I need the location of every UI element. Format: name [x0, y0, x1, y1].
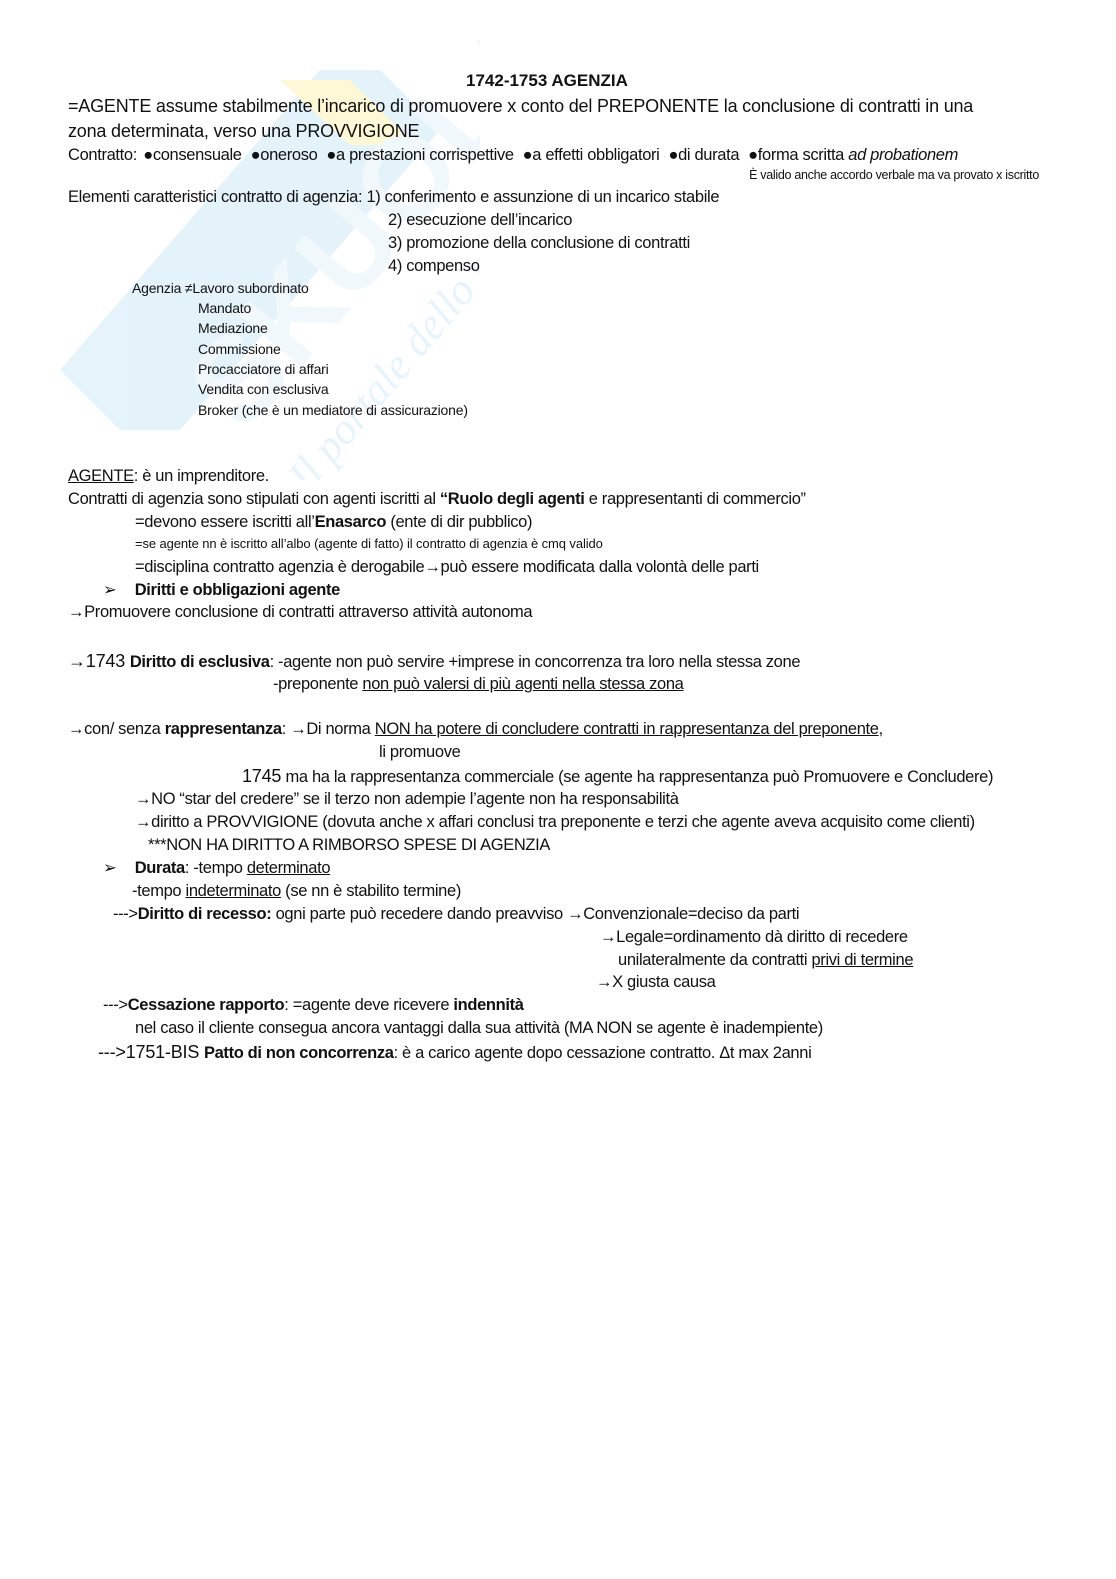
- enasarco-post: (ente di dir pubblico): [386, 513, 532, 531]
- rappresentanza-end: ,: [879, 720, 883, 738]
- cessazione-bold: Cessazione rapporto: [128, 996, 285, 1014]
- diritti-heading-text: Diritti e obbligazioni agente: [135, 581, 340, 599]
- contratto-feature: ●forma scritta: [748, 146, 848, 164]
- enasarco-bold: Enasarco: [315, 513, 387, 531]
- arrow-bullet-icon: ➢: [103, 581, 116, 599]
- recesso-prefix: --->: [113, 905, 138, 923]
- durata-line2-pre: -tempo: [132, 882, 186, 900]
- cessazione-prefix: --->: [103, 996, 128, 1014]
- elementi-item-3: 3) promozione della conclusione di contr…: [388, 234, 690, 253]
- recesso-text: ogni parte può recedere dando preavviso …: [271, 905, 799, 923]
- recesso-giusta-causa: →X giusta causa: [596, 973, 715, 992]
- cessazione-indennita: indennità: [453, 996, 523, 1014]
- article-1745: 1745: [242, 766, 281, 786]
- page-title: 1742-1753 AGENZIA: [466, 71, 628, 91]
- differenze-label: Agenzia ≠Lavoro subordinato: [132, 280, 309, 296]
- patto-prefix: --->1751-BIS: [98, 1042, 204, 1062]
- rimborso-line: ***NON HA DIRITTO A RIMBORSO SPESE DI AG…: [148, 836, 550, 855]
- contratto-feature: ●oneroso: [251, 146, 318, 164]
- elementi-label: Elementi caratteristici contratto di age…: [68, 188, 719, 207]
- durata-line-1: ➢ Durata: -tempo determinato: [103, 859, 330, 878]
- derogabile-line: =disciplina contratto agenzia è derogabi…: [135, 558, 759, 577]
- enasarco-line: =devono essere iscritti all’Enasarco (en…: [135, 513, 532, 532]
- agente-text: : è un imprenditore.: [134, 467, 269, 485]
- esclusiva-line-1: →1743 Diritto di esclusiva: -agente non …: [68, 651, 800, 672]
- recesso-bold: Diritto di recesso:: [138, 905, 272, 923]
- cessazione-mid: : =agente deve ricevere: [284, 996, 453, 1014]
- durata-bold: Durata: [135, 859, 185, 877]
- differenze-item-4: Commissione: [198, 341, 281, 357]
- rappresentanza-line-3: 1745 ma ha la rappresentanza commerciale…: [242, 766, 993, 787]
- elementi-item-4: 4) compenso: [388, 257, 480, 276]
- differenze-item-3: Mediazione: [198, 320, 268, 336]
- elementi-item-2: 2) esecuzione dell’incarico: [388, 211, 572, 230]
- recesso-privi-di-termine: privi di termine: [811, 951, 913, 969]
- ad-probationem: ad probationem: [848, 146, 958, 164]
- contratto-feature: ●a prestazioni corrispettive: [326, 146, 513, 164]
- patto-line: --->1751-BIS Patto di non concorrenza: è…: [98, 1042, 811, 1063]
- enasarco-pre: =devono essere iscritti all’: [135, 513, 315, 531]
- recesso-legale2-pre: unilateralmente da contratti: [618, 951, 811, 969]
- diritti-heading: ➢ Diritti e obbligazioni agente: [103, 581, 340, 600]
- rappresentanza-underlined: NON ha potere di concludere contratti in…: [375, 720, 879, 738]
- recesso-legale: →Legale=ordinamento dà diritto di recede…: [600, 928, 908, 947]
- recesso-legale-2: unilateralmente da contratti privi di te…: [618, 951, 913, 970]
- contratto-note: È valido anche accordo verbale ma va pro…: [749, 168, 1039, 182]
- durata-indeterminato: indeterminato: [186, 882, 281, 900]
- ruolo-post: e rappresentanti di commercio”: [585, 490, 806, 508]
- contratto-label: Contratto:: [68, 146, 137, 164]
- ruolo-bold: “Ruolo degli agenti: [440, 490, 585, 508]
- definition-line-1: =AGENTE assume stabilmente l’incarico di…: [68, 96, 973, 117]
- provvigione-line: →diritto a PROVVIGIONE (dovuta anche x a…: [135, 813, 975, 832]
- patto-text: : è a carico agente dopo cessazione cont…: [394, 1044, 812, 1062]
- contratto-feature: ●consensuale: [143, 146, 241, 164]
- esclusiva-line-2: -preponente non può valersi di più agent…: [273, 675, 683, 694]
- rappresentanza-line-2: li promuove: [379, 743, 460, 762]
- esclusiva-line2-underlined: non può valersi di più agenti nella stes…: [362, 675, 683, 693]
- differenze-item-7: Broker (che è un mediatore di assicurazi…: [198, 402, 468, 418]
- differenze-item-5: Procacciatore di affari: [198, 361, 329, 377]
- esclusiva-rest: : -agente non può servire +imprese in co…: [270, 653, 801, 671]
- esclusiva-line2-pre: -preponente: [273, 675, 362, 693]
- durata-line-2: -tempo indeterminato (se nn è stabilito …: [132, 882, 461, 901]
- document-page: 1742-1753 AGENZIA =AGENTE assume stabilm…: [0, 0, 1116, 1579]
- differenze-label-text: Agenzia ≠: [132, 280, 192, 296]
- cessazione-line-2: nel caso il cliente consegua ancora vant…: [135, 1019, 823, 1038]
- contratto-features: ●consensuale●oneroso●a prestazioni corri…: [141, 146, 848, 164]
- differenze-item-6: Vendita con esclusiva: [198, 381, 328, 397]
- rappresentanza-bold: rappresentanza: [165, 720, 282, 738]
- durata-determinato: determinato: [247, 859, 330, 877]
- differenze-item-1: Lavoro subordinato: [192, 280, 308, 296]
- elementi-label-text: Elementi caratteristici contratto di age…: [68, 188, 362, 206]
- elementi-item-1: 1) conferimento e assunzione di un incar…: [366, 188, 719, 206]
- ruolo-line: Contratti di agenzia sono stipulati con …: [68, 490, 806, 509]
- arrow-bullet-icon: ➢: [103, 859, 116, 877]
- promuovere-line: →Promuovere conclusione di contratti att…: [68, 603, 532, 622]
- patto-bold: Patto di non concorrenza: [204, 1044, 394, 1062]
- contratto-feature: ●a effetti obbligatori: [523, 146, 660, 164]
- durata-line2-post: (se nn è stabilito termine): [281, 882, 461, 900]
- star-del-credere-line: →NO “star del credere” se il terzo non a…: [135, 790, 679, 809]
- esclusiva-article: →1743: [68, 651, 130, 671]
- rappresentanza-line-1: →con/ senza rappresentanza: →Di norma NO…: [68, 720, 883, 739]
- cessazione-line-1: --->Cessazione rapporto: =agente deve ri…: [103, 996, 524, 1015]
- recesso-line-1: --->Diritto di recesso: ogni parte può r…: [113, 905, 799, 924]
- ruolo-pre: Contratti di agenzia sono stipulati con …: [68, 490, 440, 508]
- contratto-line: Contratto: ●consensuale●oneroso●a presta…: [68, 146, 958, 165]
- rappresentanza-line3-rest: ma ha la rappresentanza commerciale (se …: [281, 768, 993, 786]
- agente-line: AGENTE: è un imprenditore.: [68, 467, 269, 486]
- albo-line: =se agente nn è iscritto all’albo (agent…: [135, 537, 603, 552]
- rappresentanza-mid: : →Di norma: [282, 720, 375, 738]
- definition-line-2: zona determinata, verso una PROVVIGIONE: [68, 121, 419, 142]
- esclusiva-bold: Diritto di esclusiva: [130, 653, 270, 671]
- agente-label: AGENTE: [68, 467, 134, 485]
- differenze-item-2: Mandato: [198, 300, 251, 316]
- rappresentanza-pre: →con/ senza: [68, 720, 165, 738]
- durata-line1-pre: : -tempo: [185, 859, 247, 877]
- contratto-feature: ●di durata: [668, 146, 739, 164]
